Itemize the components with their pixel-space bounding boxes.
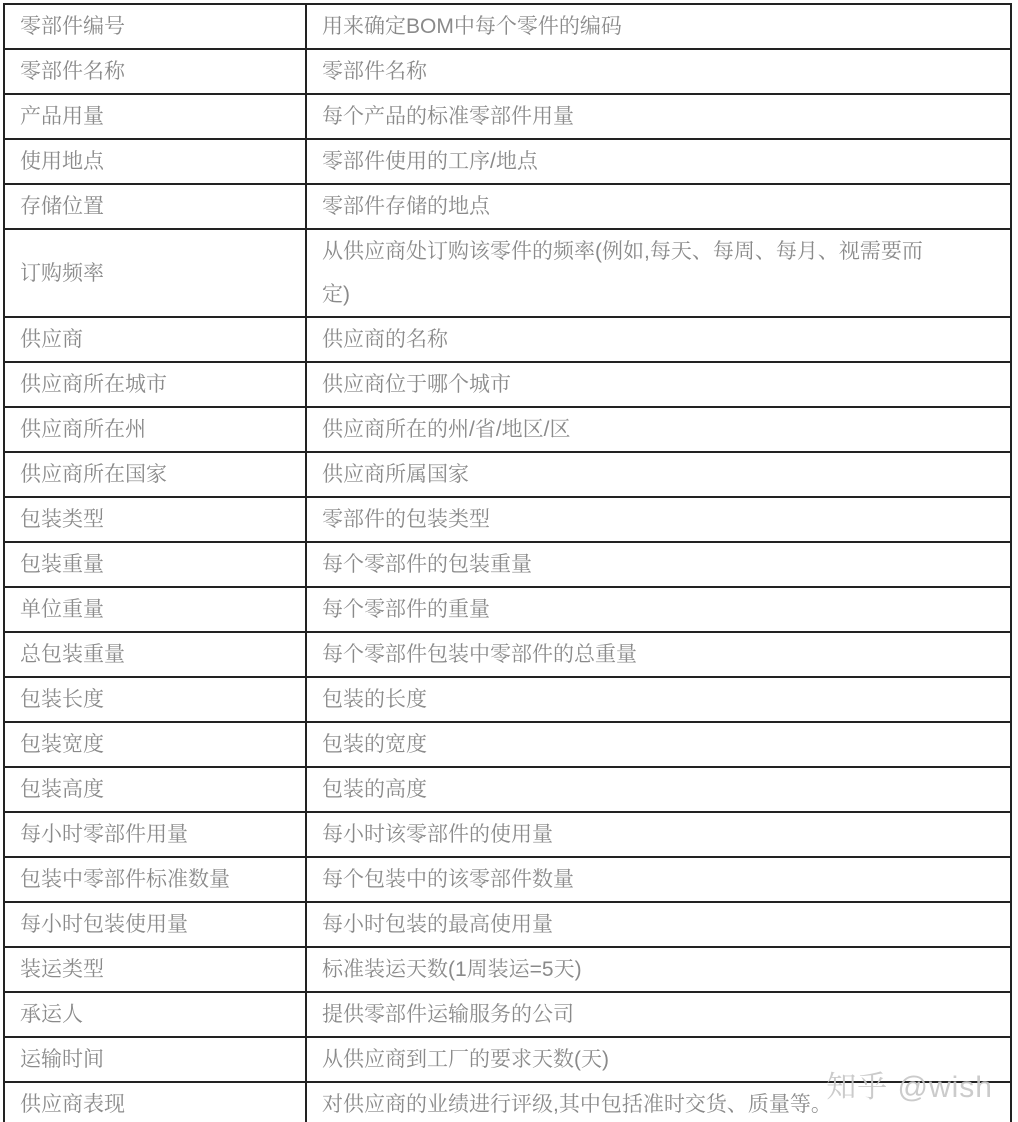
table-row: 供应商所在国家供应商所属国家 <box>4 452 1011 497</box>
description-cell: 从供应商到工厂的要求天数(天) <box>306 1037 1011 1082</box>
bom-field-definitions: 零部件编号用来确定BOM中每个零件的编码零部件名称零部件名称产品用量每个产品的标… <box>3 3 1012 1122</box>
description-cell: 零部件名称 <box>306 49 1011 94</box>
term-cell: 运输时间 <box>4 1037 306 1082</box>
table-row: 承运人提供零部件运输服务的公司 <box>4 992 1011 1037</box>
table-row: 装运类型标准装运天数(1周装运=5天) <box>4 947 1011 992</box>
term-cell: 承运人 <box>4 992 306 1037</box>
description-cell: 每个产品的标准零部件用量 <box>306 94 1011 139</box>
term-cell: 供应商所在国家 <box>4 452 306 497</box>
description-cell: 供应商位于哪个城市 <box>306 362 1011 407</box>
description-cell: 每个零部件包装中零部件的总重量 <box>306 632 1011 677</box>
term-cell: 供应商所在城市 <box>4 362 306 407</box>
table-row: 零部件编号用来确定BOM中每个零件的编码 <box>4 4 1011 49</box>
table-row: 供应商所在城市供应商位于哪个城市 <box>4 362 1011 407</box>
term-cell: 每小时包装使用量 <box>4 902 306 947</box>
table-row: 供应商所在州供应商所在的州/省/地区/区 <box>4 407 1011 452</box>
description-cell: 零部件的包装类型 <box>306 497 1011 542</box>
table-row: 产品用量每个产品的标准零部件用量 <box>4 94 1011 139</box>
table-row: 存储位置零部件存储的地点 <box>4 184 1011 229</box>
description-cell: 提供零部件运输服务的公司 <box>306 992 1011 1037</box>
term-cell: 装运类型 <box>4 947 306 992</box>
table-row: 供应商表现对供应商的业绩进行评级,其中包括准时交货、质量等。 <box>4 1082 1011 1122</box>
description-cell: 供应商的名称 <box>306 317 1011 362</box>
term-cell: 零部件编号 <box>4 4 306 49</box>
table-row: 零部件名称零部件名称 <box>4 49 1011 94</box>
description-cell: 标准装运天数(1周装运=5天) <box>306 947 1011 992</box>
description-cell: 供应商所在的州/省/地区/区 <box>306 407 1011 452</box>
term-cell: 包装中零部件标准数量 <box>4 857 306 902</box>
term-cell: 订购频率 <box>4 229 306 317</box>
table-row: 运输时间从供应商到工厂的要求天数(天) <box>4 1037 1011 1082</box>
term-cell: 供应商 <box>4 317 306 362</box>
table-row: 包装类型零部件的包装类型 <box>4 497 1011 542</box>
description-cell: 每小时包装的最高使用量 <box>306 902 1011 947</box>
term-cell: 供应商所在州 <box>4 407 306 452</box>
table-row: 每小时包装使用量每小时包装的最高使用量 <box>4 902 1011 947</box>
table-row: 使用地点零部件使用的工序/地点 <box>4 139 1011 184</box>
table-row: 订购频率从供应商处订购该零件的频率(例如,每天、每周、每月、视需要而 定) <box>4 229 1011 317</box>
description-cell: 零部件使用的工序/地点 <box>306 139 1011 184</box>
table-row: 单位重量每个零部件的重量 <box>4 587 1011 632</box>
term-cell: 使用地点 <box>4 139 306 184</box>
term-cell: 供应商表现 <box>4 1082 306 1122</box>
table-row: 包装长度包装的长度 <box>4 677 1011 722</box>
table-row: 包装高度包装的高度 <box>4 767 1011 812</box>
term-cell: 包装高度 <box>4 767 306 812</box>
definitions-table: 零部件编号用来确定BOM中每个零件的编码零部件名称零部件名称产品用量每个产品的标… <box>3 3 1012 1122</box>
description-cell: 从供应商处订购该零件的频率(例如,每天、每周、每月、视需要而 定) <box>306 229 1011 317</box>
description-cell: 包装的长度 <box>306 677 1011 722</box>
description-cell: 每个零部件的重量 <box>306 587 1011 632</box>
description-cell: 每个包装中的该零部件数量 <box>306 857 1011 902</box>
description-cell: 用来确定BOM中每个零件的编码 <box>306 4 1011 49</box>
term-cell: 每小时零部件用量 <box>4 812 306 857</box>
term-cell: 单位重量 <box>4 587 306 632</box>
definitions-table-body: 零部件编号用来确定BOM中每个零件的编码零部件名称零部件名称产品用量每个产品的标… <box>4 4 1011 1122</box>
term-cell: 存储位置 <box>4 184 306 229</box>
description-cell: 每个零部件的包装重量 <box>306 542 1011 587</box>
term-cell: 产品用量 <box>4 94 306 139</box>
term-cell: 包装宽度 <box>4 722 306 767</box>
term-cell: 总包装重量 <box>4 632 306 677</box>
table-row: 包装宽度包装的宽度 <box>4 722 1011 767</box>
description-cell: 供应商所属国家 <box>306 452 1011 497</box>
description-cell: 对供应商的业绩进行评级,其中包括准时交货、质量等。 <box>306 1082 1011 1122</box>
term-cell: 包装类型 <box>4 497 306 542</box>
table-row: 包装重量每个零部件的包装重量 <box>4 542 1011 587</box>
description-cell: 零部件存储的地点 <box>306 184 1011 229</box>
term-cell: 零部件名称 <box>4 49 306 94</box>
table-row: 每小时零部件用量每小时该零部件的使用量 <box>4 812 1011 857</box>
table-row: 总包装重量每个零部件包装中零部件的总重量 <box>4 632 1011 677</box>
description-cell: 包装的高度 <box>306 767 1011 812</box>
table-row: 包装中零部件标准数量每个包装中的该零部件数量 <box>4 857 1011 902</box>
term-cell: 包装重量 <box>4 542 306 587</box>
description-cell: 包装的宽度 <box>306 722 1011 767</box>
description-cell: 每小时该零部件的使用量 <box>306 812 1011 857</box>
table-row: 供应商供应商的名称 <box>4 317 1011 362</box>
term-cell: 包装长度 <box>4 677 306 722</box>
